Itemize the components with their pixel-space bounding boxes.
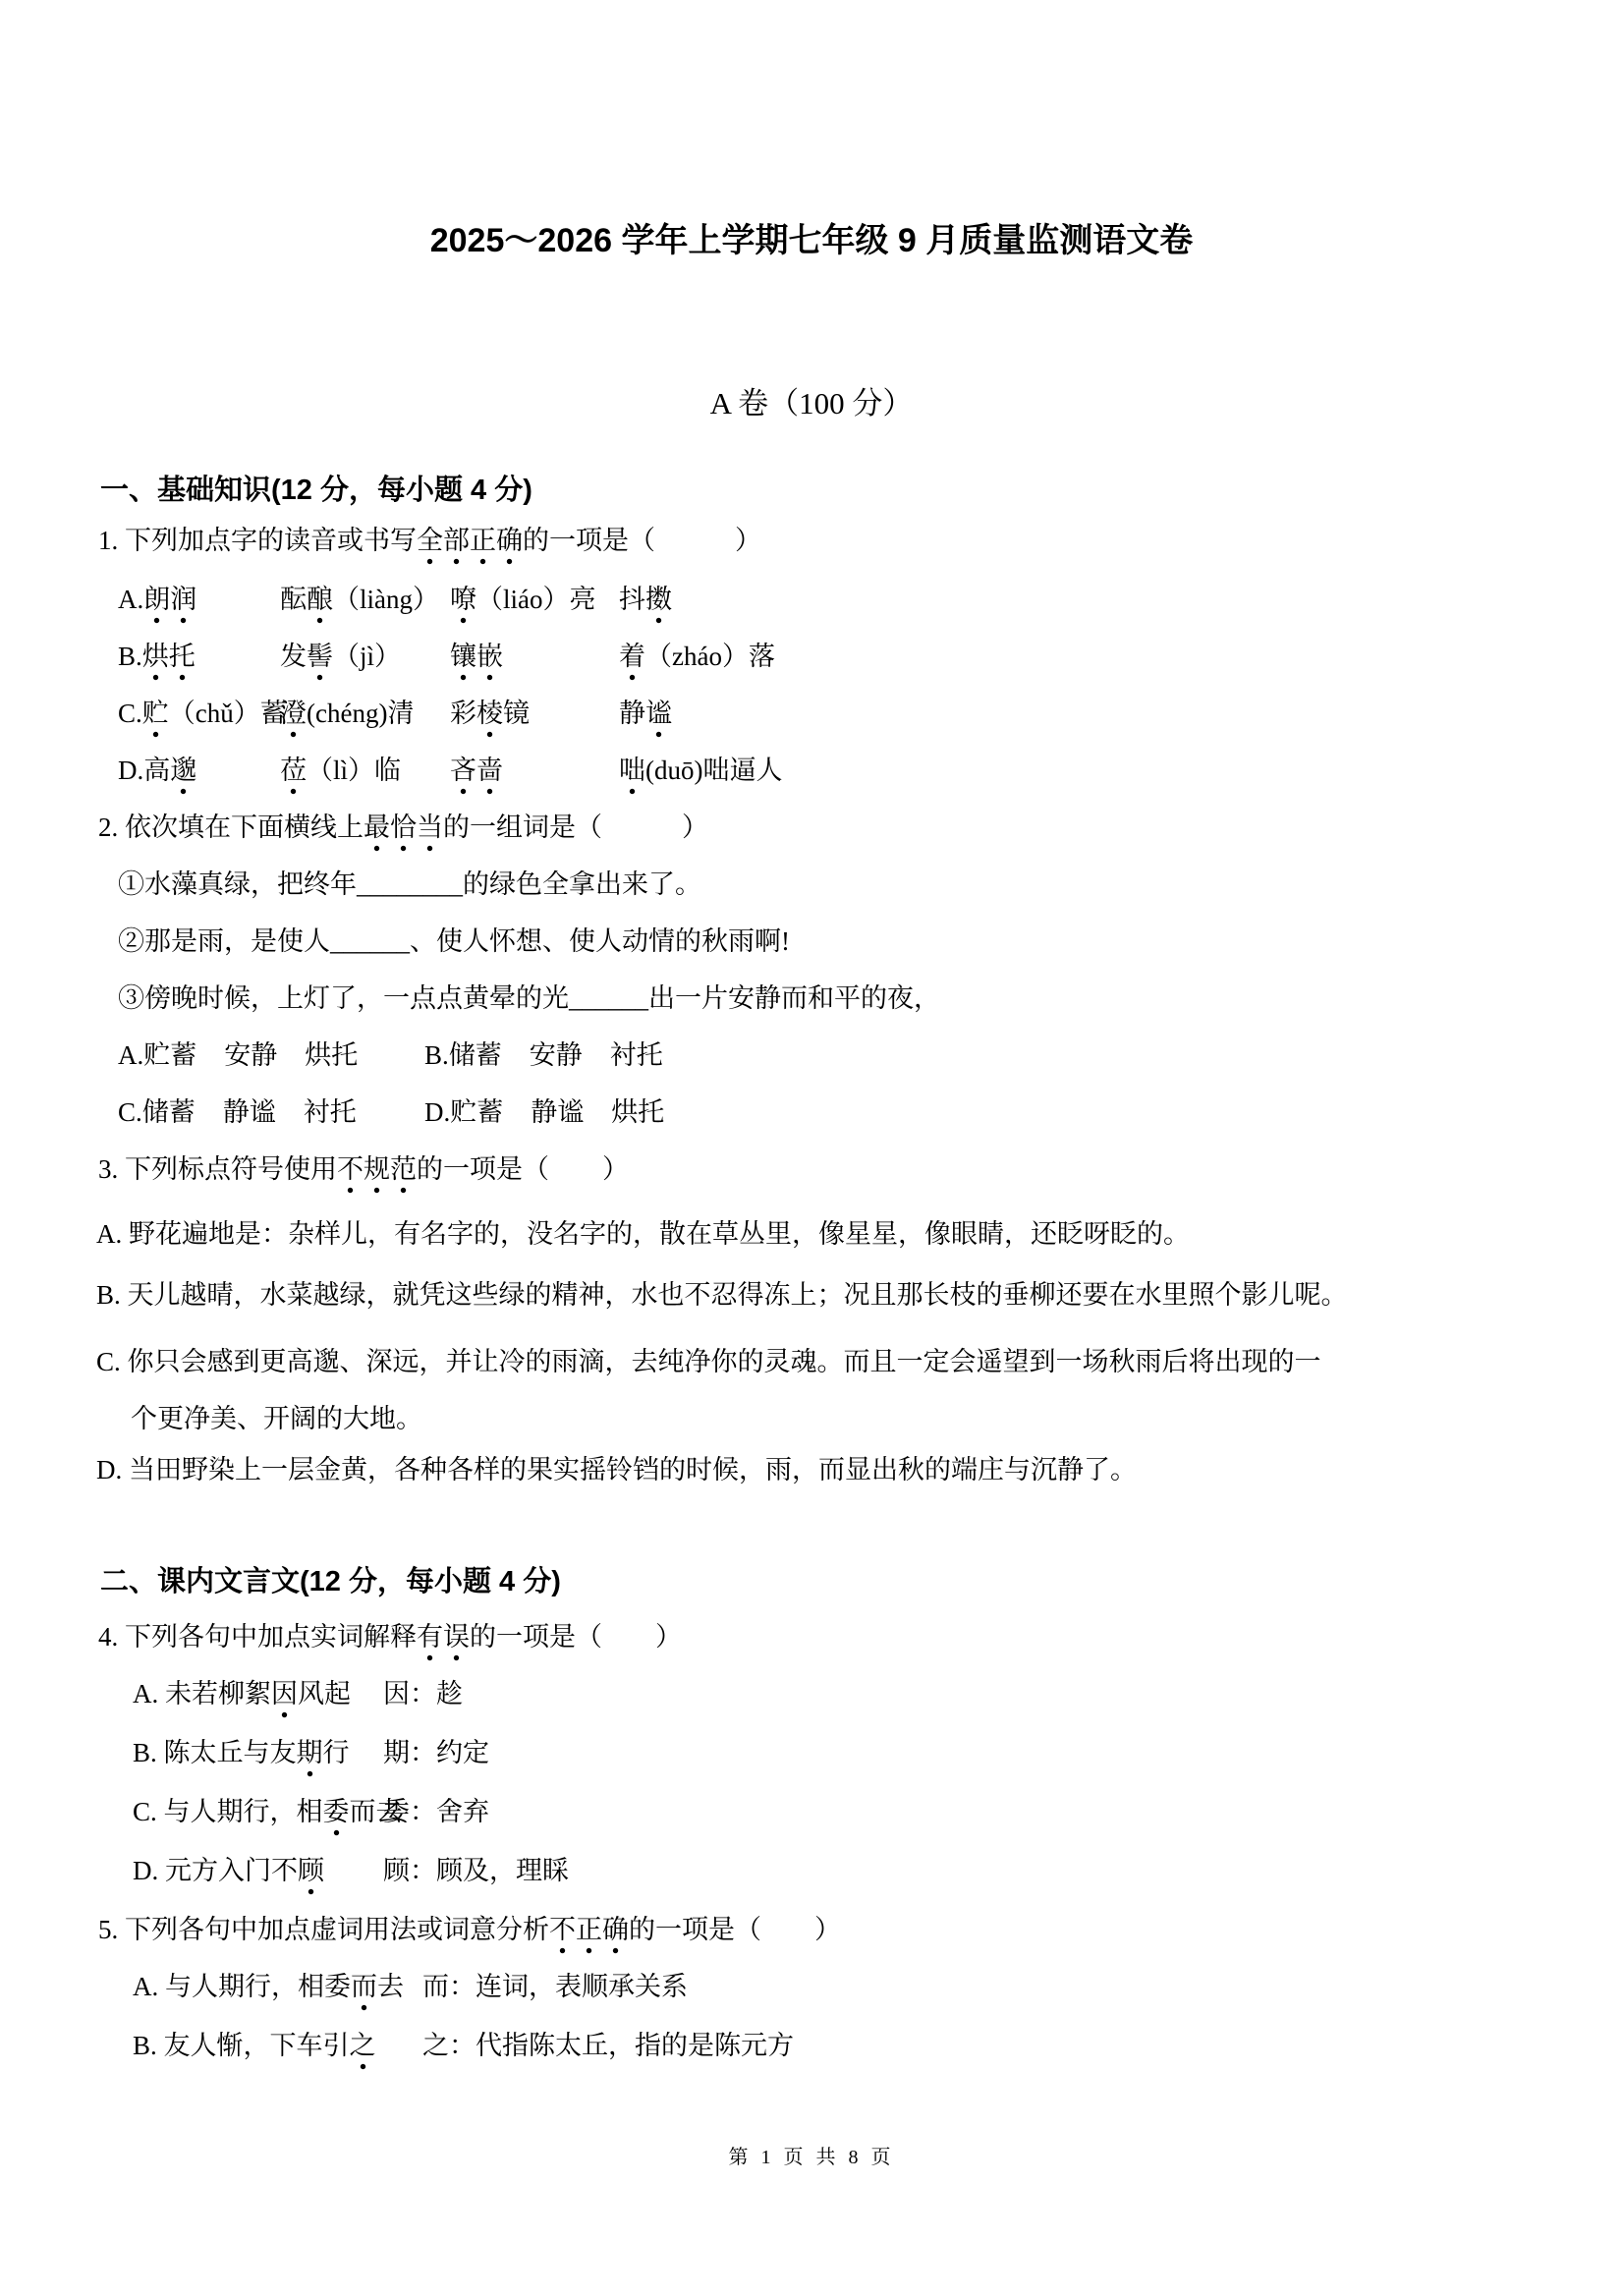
q1-option-b: B.烘托 发髻（jì） 镶嵌 着（zháo）落: [118, 641, 1199, 684]
q1-option-a: A.朗润 酝酿（liàng） 嘹（liáo）亮 抖擞: [118, 584, 1199, 627]
q4-option-c-phrase: C. 与人期行，相委而去: [133, 1796, 403, 1829]
q1-option-a-word-4: 抖擞: [619, 584, 672, 617]
option-label: A.: [118, 585, 143, 614]
q2-stem: 2. 依次填在下面横线上最恰当的一组词是（ ）: [98, 812, 708, 855]
q4-option-b-phrase: B. 陈太丘与友期行: [133, 1737, 350, 1770]
q1-option-a-word-3: 嘹（liáo）亮: [450, 584, 596, 617]
section2-heading: 二、课内文言文(12 分，每小题 4 分): [100, 1564, 561, 1607]
q1-option-b-word-4: 着（zháo）落: [619, 641, 775, 674]
q2-sentence-1: ①水藻真绿，把终年________的绿色全拿出来了。: [118, 868, 701, 912]
q4-option-d-explanation: 顾：顾及，理睬: [383, 1855, 569, 1888]
q1-option-d-word-1: D.高邈: [118, 755, 196, 788]
q2-sentence-3: ③傍晚时候，上灯了，一点点黄晕的光______出一片安静而和平的夜，: [118, 982, 940, 1026]
q2-option-c: C.储蓄静谧衬托: [118, 1096, 357, 1130]
q3-option-c-line-2: 个更净美、开阔的大地。: [131, 1403, 422, 1446]
q4-option-c-explanation: 委：舍弃: [383, 1796, 489, 1829]
q1-option-c-word-3: 彩棱镜: [450, 698, 530, 731]
q1-option-b-word-3: 镶嵌: [450, 641, 503, 674]
q5-option-b: B. 友人惭，下车引之 之：代指陈太丘，指的是陈元方: [133, 2030, 1312, 2073]
q4-option-d-phrase: D. 元方入门不顾: [133, 1855, 324, 1888]
q3-option-d: D. 当田野染上一层金黄，各种各样的果实摇铃铛的时候，雨，而显出秋的端庄与沉静了…: [96, 1454, 1137, 1497]
q4-option-c: C. 与人期行，相委而去 委：舍弃: [133, 1796, 1213, 1839]
q1-option-c-word-4: 静谧: [619, 698, 672, 731]
q1-option-c-word-2: 澄(chéng)清: [280, 698, 414, 731]
exam-paper-page: 2025～2026 学年上学期七年级 9 月质量监测语文卷 A 卷（100 分）…: [0, 0, 1623, 2296]
q5-option-b-explanation: 之：代指陈太丘，指的是陈元方: [422, 2030, 794, 2063]
q3-option-a: A. 野花遍地是：杂样儿，有名字的，没名字的，散在草丛里，像星星，像眼睛，还眨呀…: [96, 1218, 1190, 1261]
q4-option-d: D. 元方入门不顾 顾：顾及，理睬: [133, 1855, 1213, 1898]
q1-option-d: D.高邈 莅（lì）临 吝啬 咄(duō)咄逼人: [118, 755, 1199, 798]
page-footer: 第 1 页 共 8 页: [0, 2146, 1623, 2189]
q2-option-a: A.贮蓄安静烘托: [118, 1039, 358, 1073]
q2-sentence-2: ②那是雨，是使人______、使人怀想、使人动情的秋雨啊!: [118, 925, 790, 969]
q5-option-a: A. 与人期行，相委而去 而：连词，表顺承关系: [133, 1971, 1312, 2014]
q3-option-c-line-1: C. 你只会感到更高邈、深远，并让冷的雨滴，去纯净你的灵魂。而且一定会遥望到一场…: [96, 1346, 1321, 1389]
option-label: B.: [118, 642, 142, 671]
q1-option-a-word-1: A.朗润: [118, 584, 196, 617]
q1-option-c-word-1: C.贮（chǔ）蓄: [118, 698, 287, 731]
q2-option-d: D.贮蓄静谧烘托: [424, 1096, 664, 1130]
q1-stem: 1. 下列加点字的读音或书写全部正确的一项是（ ）: [98, 525, 761, 568]
paper-a-heading: A 卷（100 分）: [0, 385, 1623, 428]
q1-option-d-word-4: 咄(duō)咄逼人: [619, 755, 782, 788]
q5-option-b-phrase: B. 友人惭，下车引之: [133, 2030, 376, 2063]
q2-option-b: B.储蓄安静衬托: [424, 1039, 663, 1073]
option-label: D.: [118, 756, 143, 785]
q4-option-a-explanation: 因：趁: [383, 1678, 463, 1711]
q4-option-b-explanation: 期：约定: [383, 1737, 489, 1770]
q4-stem: 4. 下列各句中加点实词解释有误的一项是（ ）: [98, 1621, 682, 1664]
q1-option-d-word-2: 莅（lì）临: [280, 755, 401, 788]
q3-option-b: B. 天儿越晴，水菜越绿，就凭这些绿的精神，水也不忍得冻上；况且那长枝的垂柳还要…: [96, 1279, 1348, 1322]
q4-option-a: A. 未若柳絮因风起 因：趁: [133, 1678, 1213, 1721]
page-title: 2025～2026 学年上学期七年级 9 月质量监测语文卷: [0, 220, 1623, 263]
q1-option-a-word-2: 酝酿（liàng）: [280, 584, 439, 617]
q2-options-row-2: C.储蓄静谧衬托 D.贮蓄静谧烘托: [118, 1096, 1199, 1140]
q2-options-row-1: A.贮蓄安静烘托 B.储蓄安静衬托: [118, 1039, 1199, 1083]
q1-option-c: C.贮（chǔ）蓄 澄(chéng)清 彩棱镜 静谧: [118, 698, 1199, 741]
option-label: C.: [118, 699, 142, 728]
section1-heading: 一、基础知识(12 分，每小题 4 分): [100, 473, 532, 516]
q5-option-a-phrase: A. 与人期行，相委而去: [133, 1971, 404, 2004]
q5-stem: 5. 下列各句中加点虚词用法或词意分析不正确的一项是（ ）: [98, 1914, 841, 1957]
q4-option-b: B. 陈太丘与友期行 期：约定: [133, 1737, 1213, 1780]
q1-option-b-word-1: B.烘托: [118, 641, 196, 674]
q1-option-d-word-3: 吝啬: [450, 755, 503, 788]
q1-option-b-word-2: 发髻（jì）: [280, 641, 401, 674]
q5-option-a-explanation: 而：连词，表顺承关系: [422, 1971, 688, 2004]
q3-stem: 3. 下列标点符号使用不规范的一项是（ ）: [98, 1153, 629, 1197]
q4-option-a-phrase: A. 未若柳絮因风起: [133, 1678, 351, 1711]
